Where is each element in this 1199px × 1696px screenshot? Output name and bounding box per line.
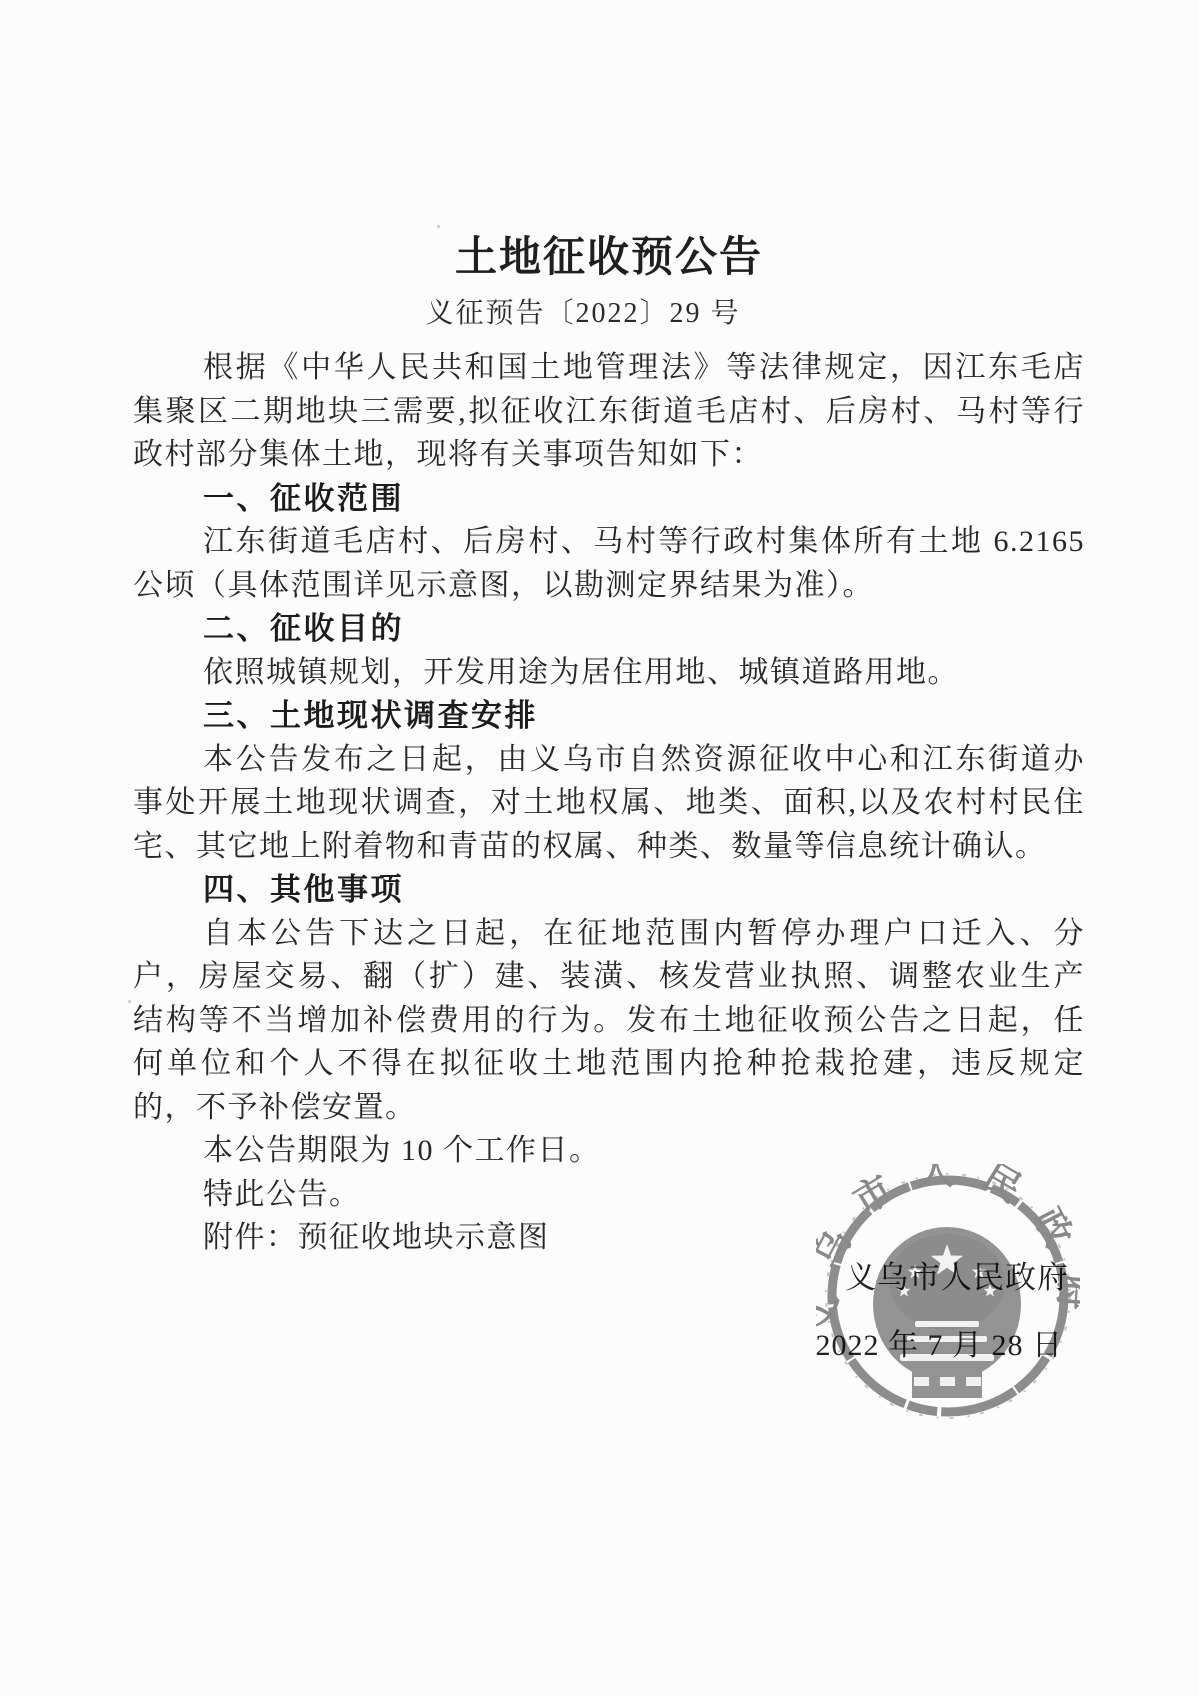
document-line: 公顷（具体范围详见示意图，以勘测定界结果为准）。 [133, 564, 1085, 608]
document-line: 二、征收目的 [133, 607, 1085, 651]
document-line: 何单位和个人不得在拟征收土地范围内抢种抢栽抢建，违反规定 [133, 1042, 1085, 1086]
scan-speck [128, 1000, 131, 1003]
document-line: 宅、其它地上附着物和青苗的权属、种类、数量等信息统计确认。 [133, 825, 1085, 869]
document-line: 本公告期限为 10 个工作日。 [133, 1129, 1085, 1173]
document-line: 依照城镇规划，开发用途为居住用地、城镇道路用地。 [133, 651, 1085, 695]
page-title: 土地征收预公告 [133, 224, 1085, 284]
document-line: 特此公告。 [133, 1173, 1085, 1217]
document-line: 一、征收范围 [133, 477, 1085, 521]
document-line: 事处开展土地现状调查，对土地权属、地类、面积,以及农村村民住 [133, 781, 1085, 825]
document-line: 四、其他事项 [133, 868, 1085, 912]
signature-issuer: 义乌市人民政府 [845, 1256, 1069, 1299]
document-line: 政村部分集体土地，现将有关事项告知如下： [133, 433, 1085, 477]
document-line: 户，房屋交易、翻（扩）建、装潢、核发营业执照、调整农业生产 [133, 955, 1085, 999]
document-line: 根据《中华人民共和国土地管理法》等法律规定，因江东毛店 [133, 346, 1085, 390]
document-body: 根据《中华人民共和国土地管理法》等法律规定，因江东毛店集聚区二期地块三需要,拟征… [133, 346, 1085, 1260]
document-line: 集聚区二期地块三需要,拟征收江东街道毛店村、后房村、马村等行 [133, 390, 1085, 434]
signature-date: 2022 年 7 月 28 日 [816, 1324, 1064, 1367]
doc-number: 义征预告〔2022〕29 号 [133, 291, 1033, 331]
document-line: 附件：预征收地块示意图 [133, 1216, 1085, 1260]
document-line: 本公告发布之日起，由义乌市自然资源征收中心和江东街道办 [133, 738, 1085, 782]
document-line: 的，不予补偿安置。 [133, 1086, 1085, 1130]
document-line: 江东街道毛店村、后房村、马村等行政村集体所有土地 6.2165 [133, 520, 1085, 564]
document-line: 三、土地现状调查安排 [133, 694, 1085, 738]
document-line: 结构等不当增加补偿费用的行为。发布土地征收预公告之日起，任 [133, 999, 1085, 1043]
document-line: 自本公告下达之日起，在征地范围内暂停办理户口迁入、分 [133, 912, 1085, 956]
document-page: 土地征收预公告 义征预告〔2022〕29 号 根据《中华人民共和国土地管理法》等… [0, 0, 1199, 1696]
